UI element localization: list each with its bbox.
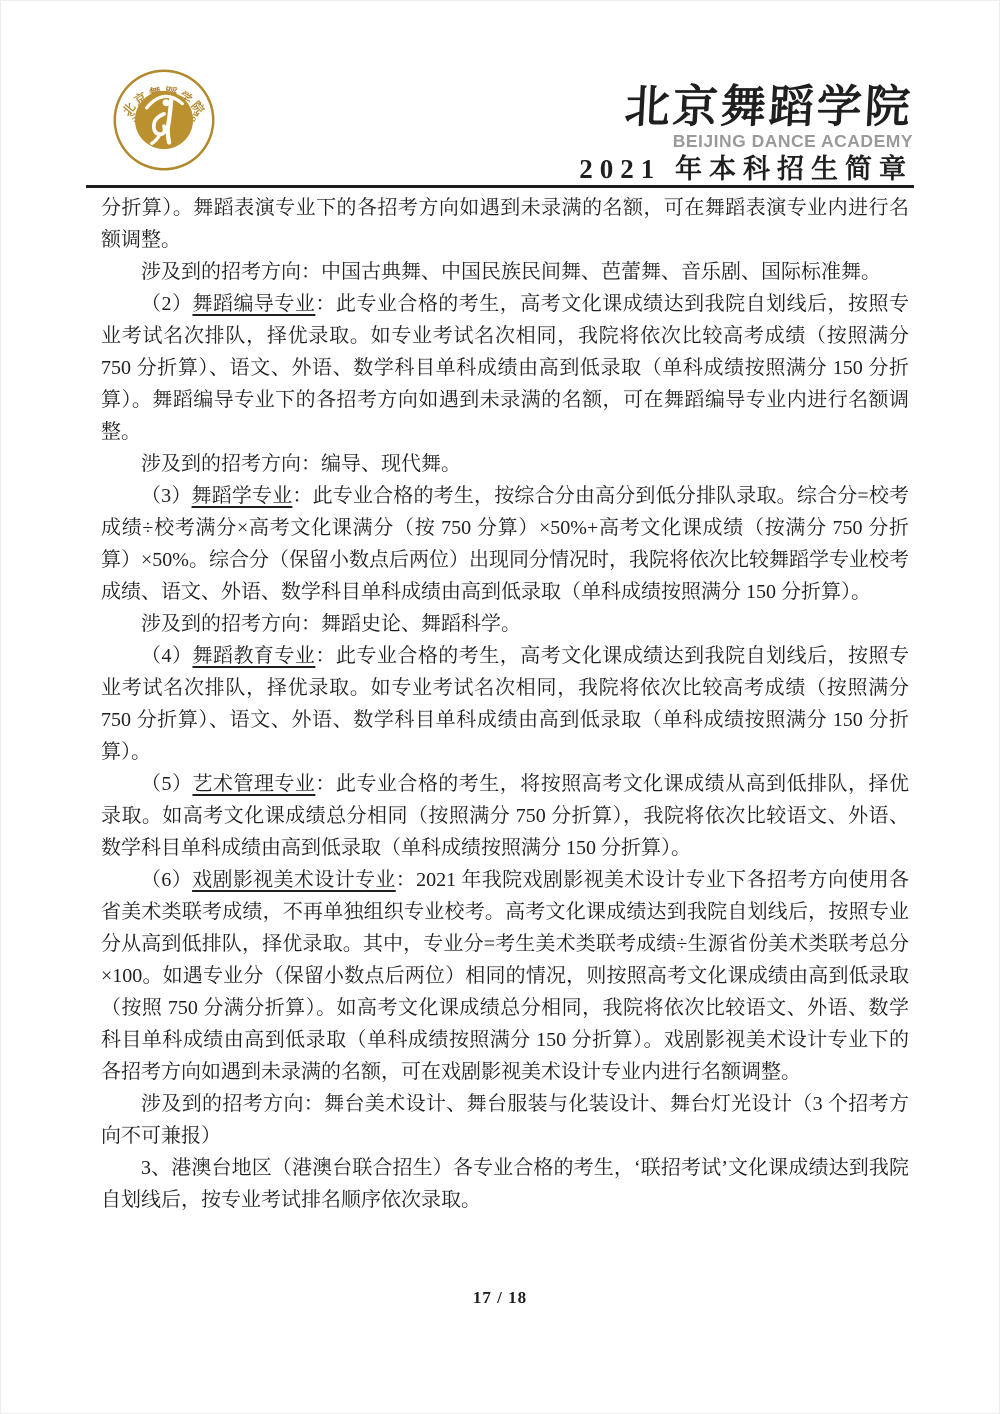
seal-gold-disc [135,91,193,149]
paragraph-text: 涉及到的招考方向：中国古典舞、中国民族民间舞、芭蕾舞、音乐剧、国际标准舞。 [141,261,881,283]
paragraph: （2）舞蹈编导专业：此专业合格的考生，高考文化课成绩达到我院自划线后，按照专业考… [101,288,909,448]
page-number: 17 / 18 [473,1288,527,1307]
paragraph-text: （5） [141,773,192,795]
academy-title-calligraphy: 北京舞蹈学院 [578,85,914,130]
paragraph: 涉及到的招考方向：舞蹈史论、舞蹈科学。 [101,608,909,640]
paragraph-text: 涉及到的招考方向：舞蹈史论、舞蹈科学。 [141,613,521,635]
paragraph: 涉及到的招考方向：中国古典舞、中国民族民间舞、芭蕾舞、音乐剧、国际标准舞。 [101,256,909,288]
paragraph: （6）戏剧影视美术设计专业：2021 年我院戏剧影视美术设计专业下各招考方向使用… [101,864,909,1088]
header-divider [86,185,914,188]
major-name-underlined: 舞蹈学专业 [192,485,293,507]
academy-seal-icon: 北京舞蹈学院 BEIJING DANCE ACADEMY [113,69,215,171]
paragraph-text: 分折算）。舞蹈表演专业下的各招考方向如遇到未录满的名额，可在舞蹈表演专业内进行名… [101,197,909,251]
paragraph: （5）艺术管理专业：此专业合格的考生，将按照高考文化课成绩从高到低排队，择优录取… [101,768,909,864]
paragraph: （3）舞蹈学专业：此专业合格的考生，按综合分由高分到低分排队录取。综合分=校考成… [101,480,909,608]
paragraph-text: ：2021 年我院戏剧影视美术设计专业下各招考方向使用各省美术类联考成绩，不再单… [101,869,909,1083]
paragraph-text: （6） [141,869,192,891]
paragraph-text: 3、港澳台地区（港澳台联合招生）各专业合格的考生，‘联招考试’文化课成绩达到我院… [101,1157,909,1211]
paragraph-text: 涉及到的招考方向：编导、现代舞。 [141,453,461,475]
paragraph-text: 涉及到的招考方向：舞台美术设计、舞台服装与化装设计、舞台灯光设计（3 个招考方向… [101,1093,909,1147]
paragraph: 涉及到的招考方向：舞台美术设计、舞台服装与化装设计、舞台灯光设计（3 个招考方向… [101,1088,909,1152]
paragraph-text: （4） [141,645,192,667]
paragraph-text: （2） [141,293,192,315]
major-name-underlined: 舞蹈教育专业 [192,645,315,667]
paragraph: 涉及到的招考方向：编导、现代舞。 [101,448,909,480]
header-title-block: 北京舞蹈学院 BEIJING DANCE ACADEMY 2021 年本科招生简… [579,85,913,183]
document-body: 分折算）。舞蹈表演专业下的各招考方向如遇到未录满的名额，可在舞蹈表演专业内进行名… [101,192,909,1216]
paragraph: 3、港澳台地区（港澳台联合招生）各专业合格的考生，‘联招考试’文化课成绩达到我院… [101,1152,909,1216]
academy-logo: 北京舞蹈学院 BEIJING DANCE ACADEMY [113,69,215,171]
major-name-underlined: 艺术管理专业 [192,773,315,795]
paragraph: （4）舞蹈教育专业：此专业合格的考生，高考文化课成绩达到我院自划线后，按照专业考… [101,640,909,768]
major-name-underlined: 舞蹈编导专业 [192,293,315,315]
brochure-subtitle: 2021 年本科招生简章 [579,156,913,183]
paragraph-text: ：此专业合格的考生，高考文化课成绩达到我院自划线后，按照专业考试名次排队，择优录… [101,293,909,443]
page-footer: 17 / 18 [1,1288,999,1308]
document-page: 北京舞蹈学院 BEIJING DANCE ACADEMY 北京舞蹈学院 BEIJ… [0,0,1000,1414]
academy-title-english: BEIJING DANCE ACADEMY [579,133,913,151]
paragraph: 分折算）。舞蹈表演专业下的各招考方向如遇到未录满的名额，可在舞蹈表演专业内进行名… [101,192,909,256]
major-name-underlined: 戏剧影视美术设计专业 [192,869,396,891]
paragraph-text: （3） [141,485,192,507]
